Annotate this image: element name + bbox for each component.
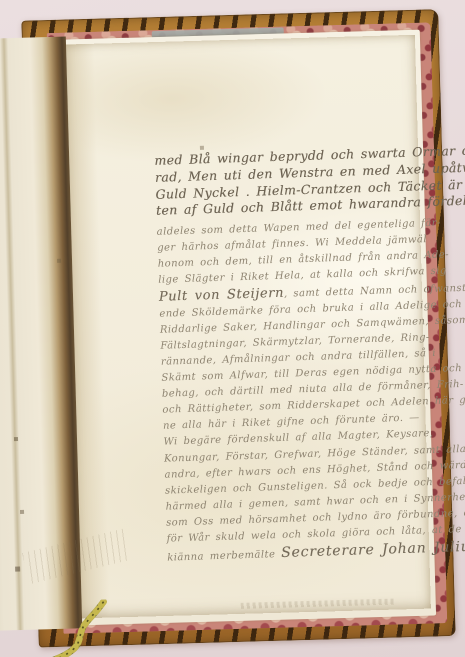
manuscript-photo: med Blå wingar beprydd och swarta Ormar … [0,0,465,657]
family-name: Pult von Steijern [159,285,285,304]
book: med Blå wingar beprydd och swarta Ormar … [0,0,465,657]
name-line-rest: , samt detta Namn och ofwanstå- [284,282,465,299]
handwritten-text-block: med Blå wingar beprydd och swarta Ormar … [154,142,465,567]
bookmark-cord-icon [40,599,128,657]
signature-prefix: kiänna merbemälte [167,549,275,563]
